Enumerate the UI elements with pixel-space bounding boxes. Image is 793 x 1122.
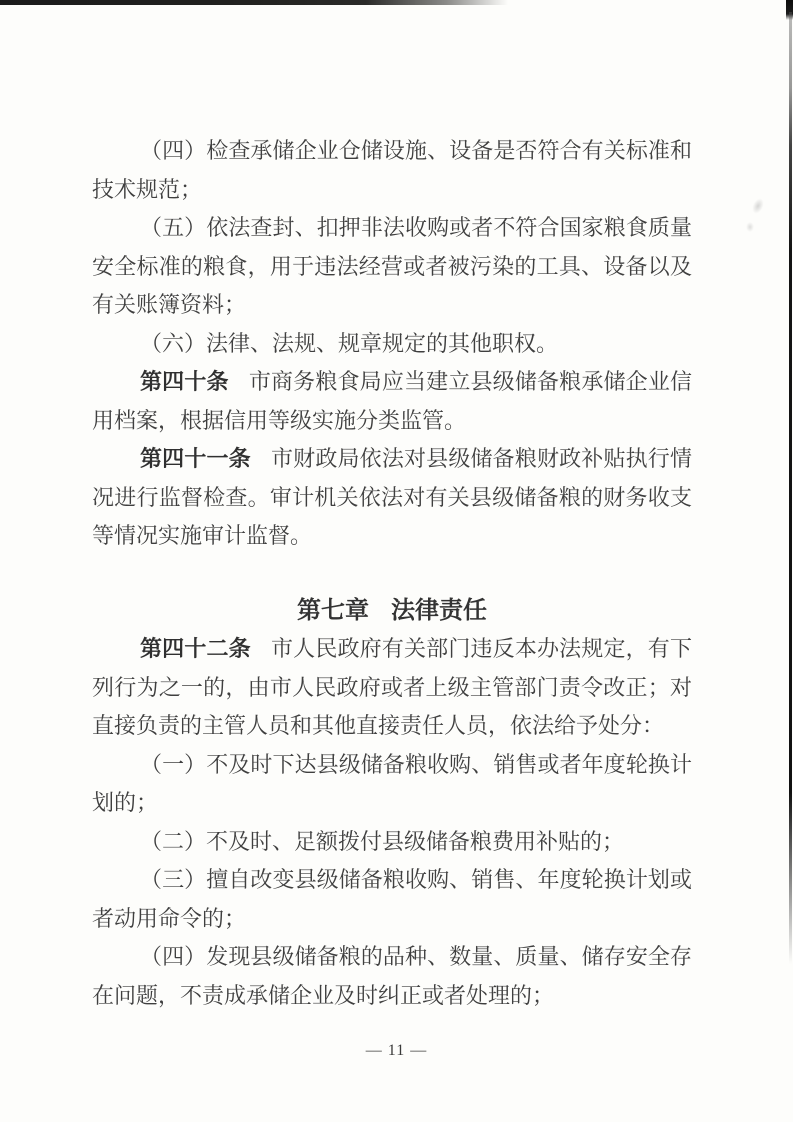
page-number: — 11 — bbox=[0, 1042, 793, 1060]
article-paragraph: 第四十二条市人民政府有关部门违反本办法规定，有下列行为之一的，由市人民政府或者上… bbox=[92, 630, 692, 746]
paragraph-text: （三）擅自改变县级储备粮收购、销售、年度轮换计划或者动用命令的； bbox=[92, 867, 692, 931]
article-paragraph: 第四十条市商务粮食局应当建立县级储备粮承储企业信用档案，根据信用等级实施分类监管… bbox=[92, 363, 692, 440]
paragraph: （三）擅自改变县级储备粮收购、销售、年度轮换计划或者动用命令的； bbox=[92, 861, 692, 938]
paragraph-text: （一）不及时下达县级储备粮收购、销售或者年度轮换计划的； bbox=[92, 752, 692, 816]
scan-edge-right bbox=[789, 12, 792, 964]
article-number: 第四十二条 bbox=[140, 636, 251, 661]
scan-smudge bbox=[750, 197, 766, 216]
chapter-heading: 第七章法律责任 bbox=[92, 592, 692, 631]
chapter-number: 第七章 bbox=[297, 597, 369, 624]
article-number: 第四十条 bbox=[140, 369, 229, 394]
scanned-page: （四）检查承储企业仓储设施、设备是否符合有关标准和技术规范；（五）依法查封、扣押… bbox=[0, 0, 793, 1122]
paragraph-text: （四）检查承储企业仓储设施、设备是否符合有关标准和技术规范； bbox=[92, 138, 692, 202]
paragraph: （二）不及时、足额拨付县级储备粮费用补贴的； bbox=[92, 823, 692, 862]
paragraph: （六）法律、法规、规章规定的其他职权。 bbox=[92, 325, 692, 364]
chapter-title: 法律责任 bbox=[391, 597, 487, 624]
paragraph: （一）不及时下达县级储备粮收购、销售或者年度轮换计划的； bbox=[92, 746, 692, 823]
paragraph-text: （五）依法查封、扣押非法收购或者不符合国家粮食质量安全标准的粮食，用于违法经营或… bbox=[92, 215, 692, 317]
article-paragraph: 第四十一条市财政局依法对县级储备粮财政补贴执行情况进行监督检查。审计机关依法对有… bbox=[92, 440, 692, 556]
paragraph: （五）依法查封、扣押非法收购或者不符合国家粮食质量安全标准的粮食，用于违法经营或… bbox=[92, 209, 692, 325]
paragraph: （四）检查承储企业仓储设施、设备是否符合有关标准和技术规范； bbox=[92, 132, 692, 209]
paragraph-text: （六）法律、法规、规章规定的其他职权。 bbox=[140, 331, 558, 356]
paragraph-text: （四）发现县级储备粮的品种、数量、质量、储存安全存在问题，不责成承储企业及时纠正… bbox=[92, 944, 692, 1008]
document-body: （四）检查承储企业仓储设施、设备是否符合有关标准和技术规范；（五）依法查封、扣押… bbox=[92, 132, 692, 1015]
paragraph: （四）发现县级储备粮的品种、数量、质量、储存安全存在问题，不责成承储企业及时纠正… bbox=[92, 938, 692, 1015]
scan-edge-top bbox=[0, 0, 508, 5]
paragraph-text: （二）不及时、足额拨付县级储备粮费用补贴的； bbox=[140, 829, 624, 854]
article-number: 第四十一条 bbox=[140, 446, 251, 471]
scan-smudge bbox=[746, 222, 754, 232]
